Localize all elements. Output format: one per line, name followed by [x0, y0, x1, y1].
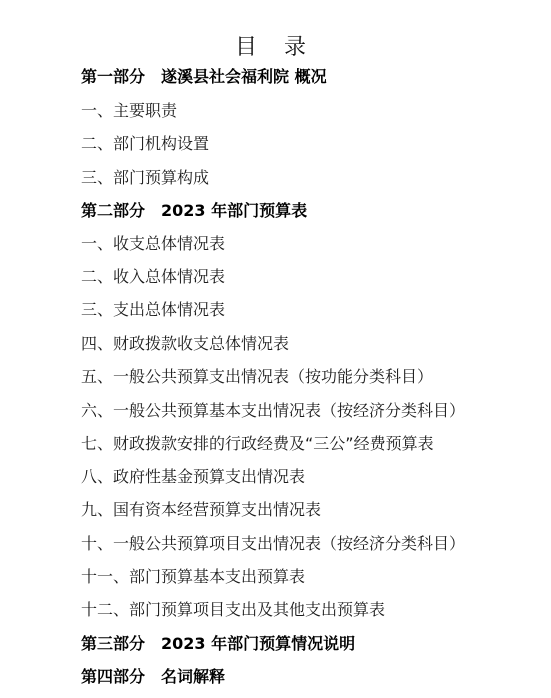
- toc-item: 二、收入总体情况表: [81, 267, 225, 287]
- toc-part-heading: 第三部分 2023 年部门预算情况说明: [81, 634, 355, 654]
- toc-item: 一、收支总体情况表: [81, 234, 225, 254]
- toc-item: 十、一般公共预算项目支出情况表（按经济分类科目）: [81, 534, 465, 554]
- toc-part-heading: 第一部分 遂溪县社会福利院 概况: [81, 67, 327, 87]
- toc-part-heading: 第四部分 名词解释: [81, 667, 225, 687]
- toc-item: 十二、部门预算项目支出及其他支出预算表: [81, 600, 385, 620]
- toc-item: 五、一般公共预算支出情况表（按功能分类科目）: [81, 367, 433, 387]
- toc-item: 三、部门预算构成: [81, 168, 209, 188]
- toc-item: 三、支出总体情况表: [81, 300, 225, 320]
- toc-item: 九、国有资本经营预算支出情况表: [81, 500, 321, 520]
- toc-item: 八、政府性基金预算支出情况表: [81, 467, 305, 487]
- toc-item: 四、财政拨款收支总体情况表: [81, 334, 289, 354]
- document-title: 目 录: [0, 30, 551, 61]
- toc-part-heading: 第二部分 2023 年部门预算表: [81, 201, 307, 221]
- toc-item: 七、财政拨款安排的行政经费及“三公”经费预算表: [81, 434, 434, 454]
- toc-item: 二、部门机构设置: [81, 134, 209, 154]
- toc-item: 十一、部门预算基本支出预算表: [81, 567, 305, 587]
- toc-item: 一、主要职责: [81, 101, 177, 121]
- toc-item: 六、一般公共预算基本支出情况表（按经济分类科目）: [81, 401, 465, 421]
